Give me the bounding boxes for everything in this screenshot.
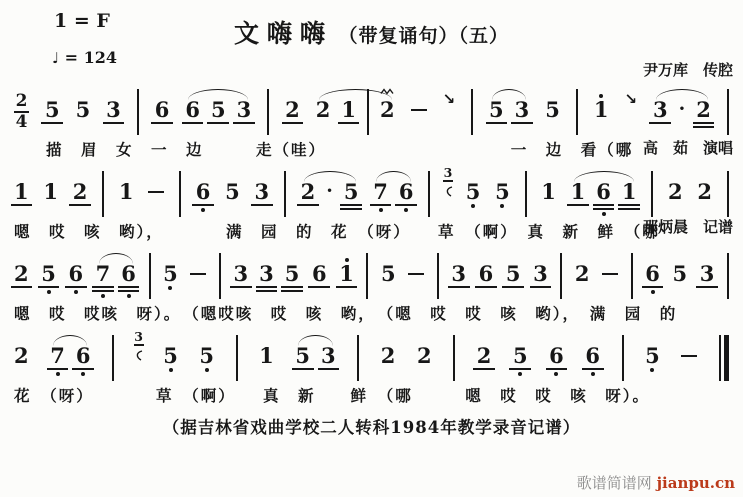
underline-beam [41, 122, 63, 124]
octave-dot-below [518, 372, 522, 376]
note-bottom-slot [513, 366, 528, 381]
note-digit: 5 [545, 99, 560, 120]
note-bottom-slot [549, 366, 564, 381]
note-group: 76 [50, 335, 90, 381]
note-group: 53 [489, 89, 529, 135]
note: 5 [495, 171, 510, 217]
note-digit: 6 [312, 263, 327, 284]
watermark-link[interactable]: jianpu.cn [657, 474, 735, 492]
note-group: 3·2 [653, 89, 711, 135]
note: 5 [506, 253, 521, 299]
barline [357, 335, 359, 381]
note-digit: 2 [697, 181, 712, 202]
underline-beam [395, 204, 417, 206]
note: 5 [41, 253, 56, 299]
octave-dot-below [500, 204, 504, 208]
lyrics-row: 嗯 哎 哎咳 呀）。 （嗯哎咳 哎 咳 哟， （嗯 哎 哎 咳 哟）， 满 园 … [14, 302, 729, 324]
octave-dot-below [101, 294, 105, 298]
barline [137, 89, 139, 135]
note-digit: 1 [259, 345, 274, 366]
note: 3 [237, 89, 252, 135]
note-bottom-slot [211, 120, 226, 135]
note: 2 [285, 89, 300, 135]
note-digit: 5 [645, 345, 660, 366]
underline-beam [340, 208, 362, 210]
note-digit: 5 [506, 263, 521, 284]
underline-beam [370, 204, 392, 206]
note-bottom-slot [596, 202, 611, 217]
note-bottom-slot [381, 366, 396, 381]
barline [149, 253, 151, 299]
note: 6 [76, 335, 91, 381]
note-bottom-slot [96, 284, 111, 299]
source-note: （据吉林省戏曲学校二人转科1984年教学录音记谱） [0, 414, 743, 438]
note-digit: 5 [673, 263, 688, 284]
note: 5 [163, 335, 178, 381]
slide-down-icon: ↘ [443, 90, 456, 108]
note: 2 [14, 335, 29, 381]
note: 7 [50, 335, 65, 381]
note: 3 [321, 335, 336, 381]
note-digit: 3 [237, 99, 252, 120]
note-bottom-slot [668, 202, 683, 217]
lyrics-row: 描 眉 女 一 边 走（哇） 一 边 看（哪 [14, 138, 729, 160]
underline-beam [282, 122, 304, 124]
underline-beam [308, 286, 330, 288]
underline-beam [693, 126, 715, 128]
note: 1 [43, 171, 58, 217]
underline-beam [693, 122, 715, 124]
note-bottom-slot [14, 284, 29, 299]
duration-dash [190, 273, 206, 275]
note: 5 [489, 89, 504, 135]
octave-dot-below [201, 208, 205, 212]
note-digit: 1 [622, 181, 637, 202]
note-group: 53 [295, 335, 335, 381]
note-bottom-slot [697, 202, 712, 217]
note-bottom-slot [163, 366, 178, 381]
note-bottom-slot [185, 120, 200, 135]
underline-beam [338, 122, 360, 124]
note-digit: 5 [285, 263, 300, 284]
note-digit: 2 [417, 345, 432, 366]
underline-beam [593, 208, 615, 210]
underline-beam [642, 286, 664, 288]
note-bottom-slot [381, 284, 396, 299]
note: 5 [545, 89, 560, 135]
note: 5 [76, 89, 91, 135]
octave-dot-below [168, 286, 172, 290]
note: 6 [312, 253, 327, 299]
watermark: 歌谱简谱网 jianpu.cn [577, 472, 735, 493]
underline-beam [118, 290, 140, 292]
quarter-note-icon: ♩ [52, 49, 59, 67]
note-bottom-slot [237, 120, 252, 135]
credits-block: 尹万库 传腔 高 茹 演唱 那炳晨 记谱 [643, 4, 733, 293]
note-bottom-slot [645, 366, 660, 381]
note: 1 [339, 253, 354, 299]
note: 2 [380, 89, 395, 135]
grace-note-digit: 3 [444, 167, 453, 179]
note-bottom-slot [45, 120, 60, 135]
time-signature-numerator: 2 [16, 94, 28, 109]
note-digit: 1 [341, 99, 356, 120]
song-title-suffix: （带复诵句）（五） [339, 25, 510, 47]
notation-row: 2455366532212↘5351↘3·2 [14, 86, 729, 138]
note-digit: 6 [196, 181, 211, 202]
note: 5 [199, 335, 214, 381]
underline-beam [696, 286, 718, 288]
note: 6 [121, 253, 136, 299]
octave-dot-below [379, 208, 383, 212]
note-bottom-slot [575, 284, 590, 299]
note-bottom-slot [163, 284, 178, 299]
octave-dot-below [404, 208, 408, 212]
note-bottom-slot [571, 202, 586, 217]
note-digit: 5 [45, 99, 60, 120]
octave-dot-below [471, 204, 475, 208]
note-digit: 2 [668, 181, 683, 202]
note-bottom-slot [622, 202, 637, 217]
note-bottom-slot [285, 284, 300, 299]
note-digit: 1 [541, 181, 556, 202]
note: 6 [596, 171, 611, 217]
note: 1 [259, 335, 274, 381]
note: 2 [316, 89, 331, 135]
note-digit: 5 [225, 181, 240, 202]
note: 2 [417, 335, 432, 381]
note-digit: 5 [513, 345, 528, 366]
note-group: 2·5 [301, 171, 359, 217]
note-bottom-slot [76, 366, 91, 381]
underline-beam [256, 286, 278, 288]
credit-line: 高 茹 演唱 [643, 135, 733, 161]
note-bottom-slot [541, 202, 556, 217]
note: 6 [479, 253, 494, 299]
underline-beam [502, 286, 524, 288]
note-digit: 6 [549, 345, 564, 366]
score-header: 1 = F ♩ = 124 文嗨嗨 （带复诵句）（五） 尹万库 传腔 高 茹 演… [0, 0, 743, 84]
note-bottom-slot [515, 120, 530, 135]
note-bottom-slot [479, 284, 494, 299]
note-digit: 5 [295, 345, 310, 366]
note-bottom-slot [339, 284, 354, 299]
note-digit: 3 [451, 263, 466, 284]
note-digit: 2 [285, 99, 300, 120]
note: 5 [344, 171, 359, 217]
note-bottom-slot [43, 202, 58, 217]
underline-beam [72, 368, 94, 370]
note-bottom-slot [417, 366, 432, 381]
note-bottom-slot [451, 284, 466, 299]
octave-dot-below [47, 290, 51, 294]
note-digit: 6 [399, 181, 414, 202]
note: 3 [259, 253, 274, 299]
note-bottom-slot [14, 366, 29, 381]
title-block: 文嗨嗨 （带复诵句）（五） [0, 0, 743, 50]
octave-dot-below [650, 368, 654, 372]
note: 5 [466, 171, 481, 217]
barline [219, 253, 221, 299]
note-digit: 6 [76, 345, 91, 366]
grace-note: 3 [443, 167, 453, 200]
note: 2 [73, 171, 88, 217]
note-bottom-slot [106, 120, 121, 135]
barline [236, 335, 238, 381]
underline-beam [47, 368, 69, 370]
note-group: 335 [234, 253, 300, 299]
note-bottom-slot [506, 284, 521, 299]
octave-dot-below [56, 372, 60, 376]
note-bottom-slot [196, 202, 211, 217]
barline [428, 171, 430, 217]
tempo-marking: ♩ = 124 [52, 48, 117, 67]
barline [267, 89, 269, 135]
note-digit: 3 [321, 345, 336, 366]
underline-beam [618, 208, 640, 210]
note-bottom-slot [121, 284, 136, 299]
note-digit: 5 [466, 181, 481, 202]
note-bottom-slot [533, 284, 548, 299]
barline [112, 335, 114, 381]
note: 3 [515, 89, 530, 135]
barline [622, 335, 624, 381]
note-digit: 6 [68, 263, 83, 284]
note-bottom-slot [301, 202, 316, 217]
note: 3 [255, 171, 270, 217]
note: 6 [399, 171, 414, 217]
barline [560, 253, 562, 299]
note: 5 [211, 89, 226, 135]
lyrics-row: 嗯 哎 咳 哟）， 满 园 的 花 （呀） 草 （啊） 真 新 鲜 （哪 [14, 220, 729, 242]
octave-dot-below [602, 212, 606, 216]
underline-beam [207, 122, 229, 124]
note-digit: 2 [477, 345, 492, 366]
underline-beam [292, 368, 314, 370]
underline-beam [230, 286, 252, 288]
note-digit: 6 [479, 263, 494, 284]
note-bottom-slot [495, 202, 510, 217]
octave-dot-below [127, 294, 131, 298]
note-bottom-slot [119, 202, 134, 217]
note-digit: 5 [163, 263, 178, 284]
underline-beam [486, 122, 508, 124]
note-digit: 2 [14, 263, 29, 284]
note-digit: 7 [50, 345, 65, 366]
note: 1 [14, 171, 29, 217]
underline-beam [593, 204, 615, 206]
note: 6 [549, 335, 564, 381]
note-digit: 2 [316, 99, 331, 120]
underline-beam [281, 290, 303, 292]
note-digit: 2 [380, 99, 395, 120]
note-bottom-slot [41, 284, 56, 299]
note-group: 653 [185, 89, 251, 135]
duration-dash [408, 273, 424, 275]
underline-beam [182, 122, 204, 124]
note-group: 76 [96, 253, 136, 299]
note-digit: 3 [653, 99, 668, 120]
barline [102, 171, 104, 217]
note-digit: 3 [700, 263, 715, 284]
note-bottom-slot [76, 120, 91, 135]
underline-beam [192, 204, 214, 206]
note: 3 [234, 253, 249, 299]
note-bottom-slot [312, 284, 327, 299]
underline-beam [618, 204, 640, 206]
underline-beam [69, 204, 91, 206]
note: 2 [668, 171, 683, 217]
note: 1 [541, 171, 556, 217]
note-bottom-slot [259, 284, 274, 299]
note: 5 [285, 253, 300, 299]
barline [631, 253, 633, 299]
note-digit: 5 [199, 345, 214, 366]
note-digit: 3 [255, 181, 270, 202]
score-line-4: 2763551532225665花 （呀） 草 （啊） 真 新 鲜 （哪 嗯 哎… [0, 332, 743, 406]
note-bottom-slot [259, 366, 274, 381]
note-bottom-slot [341, 120, 356, 135]
credit-line: 尹万库 传腔 [643, 57, 733, 83]
note: 5 [295, 335, 310, 381]
note-digit: 7 [96, 263, 111, 284]
note: 2 [477, 335, 492, 381]
underline-beam [281, 286, 303, 288]
note-digit: 3 [533, 263, 548, 284]
note: 1 [119, 171, 134, 217]
note-digit: 2 [381, 345, 396, 366]
augmentation-dot: · [326, 180, 333, 202]
note: 1 [341, 89, 356, 135]
underline-beam [649, 122, 671, 124]
lyrics-row: 花 （呀） 草 （啊） 真 新 鲜 （哪 嗯 哎 哎 咳 呀）。 [14, 384, 729, 406]
sheet-music-page: 1 = F ♩ = 124 文嗨嗨 （带复诵句）（五） 尹万库 传腔 高 茹 演… [0, 0, 743, 497]
note: 6 [155, 89, 170, 135]
note: 1 [622, 171, 637, 217]
underline-beam [530, 286, 552, 288]
note-digit: 6 [121, 263, 136, 284]
note-digit: 3 [234, 263, 249, 284]
note-bottom-slot [14, 202, 29, 217]
note: 3 [653, 89, 668, 135]
underline-beam [92, 286, 114, 288]
note: 3 [106, 89, 121, 135]
grace-note-digit: 3 [134, 331, 143, 343]
note-digit: 6 [155, 99, 170, 120]
note: 2 [14, 253, 29, 299]
time-signature-denominator: 4 [16, 115, 28, 130]
note-bottom-slot [700, 284, 715, 299]
note: 6 [585, 335, 600, 381]
note: 2 [575, 253, 590, 299]
underline-beam [251, 204, 273, 206]
time-signature: 24 [14, 94, 29, 130]
final-barline [719, 335, 729, 381]
note-digit: 6 [645, 263, 660, 284]
underline-beam [567, 204, 589, 206]
note-digit: 2 [14, 345, 29, 366]
octave-dot-below [205, 368, 209, 372]
duration-dash [602, 273, 618, 275]
note-bottom-slot [373, 202, 388, 217]
underline-beam [233, 122, 255, 124]
note-bottom-slot [344, 202, 359, 217]
note-digit: 6 [585, 345, 600, 366]
octave-dot-below [554, 372, 558, 376]
note-bottom-slot [545, 120, 560, 135]
note: 6 [196, 171, 211, 217]
underline-beam [475, 286, 497, 288]
barline [525, 171, 527, 217]
note: 5 [645, 335, 660, 381]
note-digit: 1 [571, 181, 586, 202]
tempo-value: = 124 [65, 48, 117, 67]
note-bottom-slot [585, 366, 600, 381]
note-bottom-slot [477, 366, 492, 381]
note: 7 [373, 171, 388, 217]
note-digit: 5 [41, 263, 56, 284]
barline [471, 89, 473, 135]
barline [576, 89, 578, 135]
note-digit: 6 [596, 181, 611, 202]
note: 3 [451, 253, 466, 299]
octave-dot-below [74, 290, 78, 294]
key-signature: 1 = F [54, 10, 110, 32]
notation-area: 2455366532212↘5351↘3·2描 眉 女 一 边 走（哇） 一 边… [0, 84, 743, 406]
note-digit: 5 [344, 181, 359, 202]
note: 2 [697, 171, 712, 217]
note-digit: 5 [495, 181, 510, 202]
note-digit: 2 [301, 181, 316, 202]
note: 3 [700, 253, 715, 299]
note-digit: 3 [106, 99, 121, 120]
note-bottom-slot [489, 120, 504, 135]
note-digit: 5 [381, 263, 396, 284]
score-line-2: 11216532·576355116122嗯 哎 咳 哟）， 满 园 的 花 （… [0, 168, 743, 242]
note: 6 [645, 253, 660, 299]
note-bottom-slot [466, 202, 481, 217]
underline-beam [11, 286, 33, 288]
note-bottom-slot [594, 120, 609, 135]
note-bottom-slot [645, 284, 660, 299]
note-digit: 5 [211, 99, 226, 120]
note-digit: 1 [43, 181, 58, 202]
underline-beam [118, 286, 140, 288]
note: 5 [163, 253, 178, 299]
notation-row: 25676533561536532653 [14, 250, 729, 302]
underline-beam [473, 368, 495, 370]
note-bottom-slot [155, 120, 170, 135]
octave-dot-below [169, 368, 173, 372]
note: 5 [381, 253, 396, 299]
grace-hook-icon [134, 346, 143, 365]
note-digit: 1 [339, 263, 354, 284]
underline-beam [65, 286, 87, 288]
underline-beam [509, 368, 531, 370]
underline-beam [318, 368, 340, 370]
duration-dash [148, 191, 164, 193]
grace-hook-icon [444, 182, 453, 201]
note: 7 [96, 253, 111, 299]
notation-row: 2763551532225665 [14, 332, 729, 384]
note-digit: 2 [696, 99, 711, 120]
octave-dot-below [651, 290, 655, 294]
credit-line: 那炳晨 记谱 [643, 214, 733, 240]
note-bottom-slot [673, 284, 688, 299]
underline-beam [92, 290, 114, 292]
note-digit: 2 [575, 263, 590, 284]
note: 5 [225, 171, 240, 217]
